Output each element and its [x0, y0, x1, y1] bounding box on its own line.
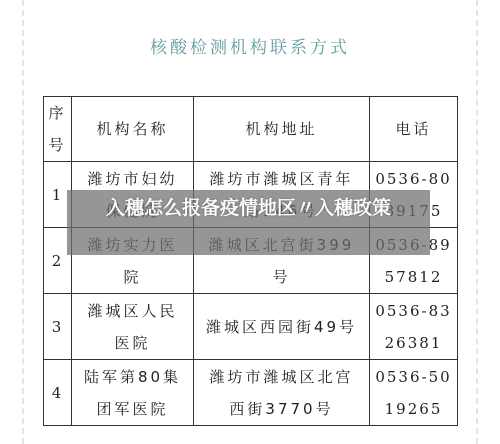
- row-name: 潍城区人民 医院: [72, 294, 194, 360]
- header-address: 机构地址: [194, 97, 370, 162]
- row-address: 潍坊市潍城区北宫 西街3770号: [194, 360, 370, 426]
- row-index: 3: [44, 294, 72, 360]
- table-row: 4 陆军第80集 团军医院 潍坊市潍城区北宫 西街3770号 0536-50 1…: [44, 360, 458, 426]
- row-address: 潍城区西园街49号: [194, 294, 370, 360]
- testing-institutions-table: 序 号 机构名称 机构地址 电话 1 潍坊市妇幼 保健院 潍坊市潍城区青年 路1…: [43, 96, 458, 426]
- header-name: 机构名称: [72, 97, 194, 162]
- article-title-overlay: 入穗怎么报备疫情地区〃入穗政策: [67, 190, 430, 255]
- row-name: 陆军第80集 团军医院: [72, 360, 194, 426]
- table-header-row: 序 号 机构名称 机构地址 电话: [44, 97, 458, 162]
- table-row: 3 潍城区人民 医院 潍城区西园街49号 0536-83 26381: [44, 294, 458, 360]
- right-dashed-border: [476, 0, 478, 444]
- header-index: 序 号: [44, 97, 72, 162]
- row-phone: 0536-83 26381: [370, 294, 458, 360]
- header-phone: 电话: [370, 97, 458, 162]
- page-title: 核酸检测机构联系方式: [0, 33, 500, 58]
- row-index: 4: [44, 360, 72, 426]
- left-dashed-border: [22, 0, 24, 444]
- row-phone: 0536-50 19265: [370, 360, 458, 426]
